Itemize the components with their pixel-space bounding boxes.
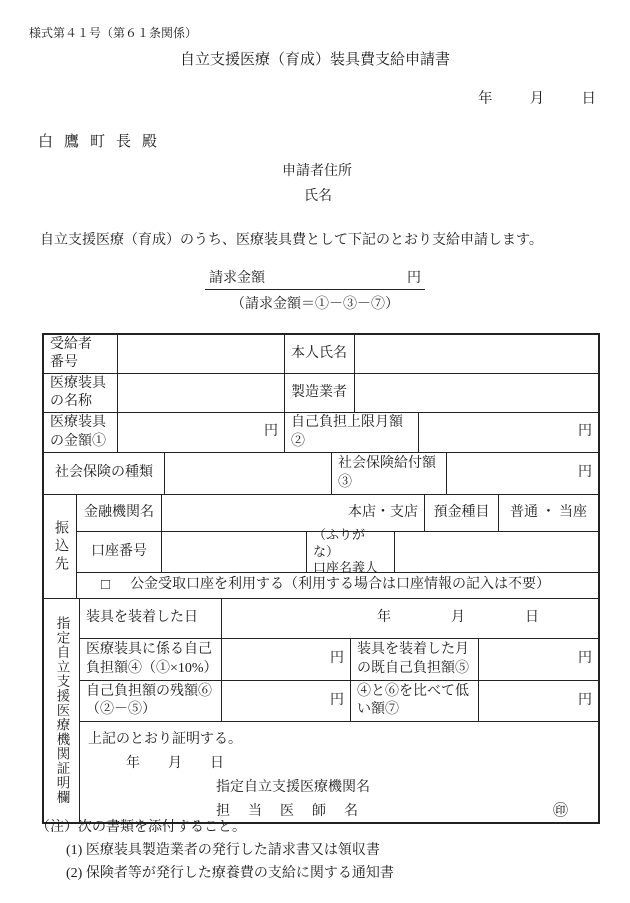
certification-section-label: 指定自立支援医療機関証明欄 <box>44 599 80 822</box>
form-number: 様式第４１号（第６１条関係） <box>29 24 197 41</box>
date-year-label: 年 <box>478 87 493 108</box>
copay4-field[interactable]: 円 <box>222 639 351 680</box>
recipient-number-field[interactable] <box>118 335 285 373</box>
table-row: 口座番号 （ふりがな） 口座名義人 <box>77 532 598 573</box>
table-row: 医療装具に係る自己 負担額④（①×10%） 円 装具を装着した月 の既自己負担額… <box>80 639 598 681</box>
claim-amount-line: 請求金額 円 <box>0 267 630 290</box>
table-row: 上記のとおり証明する。 年 月 日 指定自立支援医療機関名 担当医師名 ㊞ <box>80 722 598 822</box>
fitted-year-label: 年 <box>377 609 391 627</box>
note-item-2: (2) 保険者等が発行した療養費の支給に関する通知書 <box>66 862 394 882</box>
deposit-type-options[interactable]: 普通 ・ 当座 <box>499 495 598 531</box>
copay7-label: ④と⑥を比べて低 い額⑦ <box>351 681 479 721</box>
fitted-date-field[interactable]: 年 月 日 <box>222 599 598 638</box>
yen-unit: 円 <box>330 692 344 710</box>
yen-unit: 円 <box>578 692 592 710</box>
device-name-field[interactable] <box>118 374 285 412</box>
table-row: 医療装具 の金額① 円 自己負担上限月額② 円 <box>44 413 598 453</box>
copay-limit-field[interactable]: 円 <box>419 413 598 452</box>
application-form-page: 様式第４１号（第６１条関係） 自立支援医療（育成）装具費支給申請書 年 月 日 … <box>0 0 630 903</box>
bank-name-field[interactable] <box>168 497 348 529</box>
certification-date-field[interactable]: 年 月 日 <box>88 752 590 776</box>
transfer-section-label: 振込先 <box>44 495 77 598</box>
certification-section: 指定自立支援医療機関証明欄 装具を装着した日 年 月 日 医療装具に係る自己 負… <box>44 599 598 822</box>
copay7-field[interactable]: 円 <box>479 681 598 721</box>
cert-day-label: 日 <box>210 755 224 773</box>
seal-mark: ㊞ <box>553 802 568 822</box>
note-item-1: (1) 医療装具製造業者の発行した請求書又は領収書 <box>66 839 380 859</box>
person-name-field[interactable] <box>355 335 598 373</box>
copay6-label: 自己負担額の残額⑥ （②－⑤） <box>80 681 222 721</box>
claim-amount-unit: 円 <box>407 267 421 287</box>
table-row: □ 公金受取口座を利用する（利用する場合は口座情報の記入は不要） <box>77 573 598 598</box>
applicant-name-label: 氏名 <box>304 185 332 205</box>
date-month-label: 月 <box>530 87 545 108</box>
device-amount-field[interactable]: 円 <box>118 413 285 452</box>
public-account-checkbox[interactable]: □ <box>101 576 110 596</box>
insurance-benefit-label: 社会保険給付額③ <box>332 453 447 494</box>
yen-unit: 円 <box>578 650 592 668</box>
claim-formula: （請求金額＝①－③－⑦） <box>0 293 630 313</box>
manufacturer-label: 製造業者 <box>285 374 355 412</box>
table-row: 受給者 番号 本人氏名 <box>44 335 598 374</box>
copay6-field[interactable]: 円 <box>222 681 351 721</box>
declaration-text: 自立支援医療（育成）のうち、医療装具費として下記のとおり支給申請します。 <box>40 229 543 249</box>
public-account-label: 公金受取口座を利用する（利用する場合は口座情報の記入は不要） <box>130 576 550 594</box>
manufacturer-field[interactable] <box>355 374 598 412</box>
addressee: 白鷹町長殿 <box>38 130 168 151</box>
claim-amount-label: 請求金額 <box>209 267 265 287</box>
insurance-benefit-field[interactable]: 円 <box>447 453 598 494</box>
account-holder-label: （ふりがな） 口座名義人 <box>307 532 395 572</box>
notes-header: （注）次の書類を添付すること。 <box>36 816 246 836</box>
yen-unit: 円 <box>578 423 592 441</box>
bank-name-label: 金融機関名 <box>77 495 162 531</box>
yen-unit: 円 <box>578 464 592 482</box>
application-table: 受給者 番号 本人氏名 医療装具 の名称 製造業者 医療装具 の金額① 円 自己… <box>42 333 600 824</box>
account-number-label: 口座番号 <box>77 532 162 572</box>
date-day-label: 日 <box>582 87 597 108</box>
transfer-section: 振込先 金融機関名 本店・支店 預金種目 普通 ・ 当座 口座番号 （ふりがな）… <box>44 495 598 599</box>
device-name-label: 医療装具 の名称 <box>44 374 118 412</box>
copay5-label: 装具を装着した月 の既自己負担額⑤ <box>351 639 479 680</box>
fitted-month-label: 月 <box>451 609 465 627</box>
fitted-date-label: 装具を装着した日 <box>80 599 222 638</box>
copay5-field[interactable]: 円 <box>479 639 598 680</box>
cert-year-label: 年 <box>126 755 140 773</box>
institution-name-field[interactable]: 指定自立支援医療機関名 <box>88 776 590 800</box>
deposit-type-label: 預金種目 <box>425 495 499 531</box>
device-amount-label: 医療装具 の金額① <box>44 413 118 452</box>
copay-limit-label: 自己負担上限月額② <box>285 413 419 452</box>
table-row: 社会保険の種類 社会保険給付額③ 円 <box>44 453 598 495</box>
page-title: 自立支援医療（育成）装具費支給申請書 <box>0 48 630 69</box>
applicant-address-label: 申請者住所 <box>282 160 352 180</box>
insurance-type-field[interactable] <box>165 453 332 494</box>
person-name-label: 本人氏名 <box>285 335 355 373</box>
copay4-label: 医療装具に係る自己 負担額④（①×10%） <box>80 639 222 680</box>
recipient-number-label: 受給者 番号 <box>44 335 118 373</box>
account-holder-field[interactable] <box>395 532 598 572</box>
branch-label: 本店・支店 <box>348 504 418 522</box>
table-row: 装具を装着した日 年 月 日 <box>80 599 598 639</box>
fitted-day-label: 日 <box>525 609 539 627</box>
account-number-field[interactable] <box>162 532 307 572</box>
certify-statement: 上記のとおり証明する。 <box>88 728 590 752</box>
yen-unit: 円 <box>330 650 344 668</box>
table-row: 医療装具 の名称 製造業者 <box>44 374 598 413</box>
application-date-line: 年 月 日 <box>478 87 596 108</box>
institution-name-label: 指定自立支援医療機関名 <box>216 779 370 797</box>
insurance-type-label: 社会保険の種類 <box>44 453 165 494</box>
cert-month-label: 月 <box>168 755 182 773</box>
table-row: 自己負担額の残額⑥ （②－⑤） 円 ④と⑥を比べて低 い額⑦ 円 <box>80 681 598 722</box>
yen-unit: 円 <box>264 423 278 441</box>
